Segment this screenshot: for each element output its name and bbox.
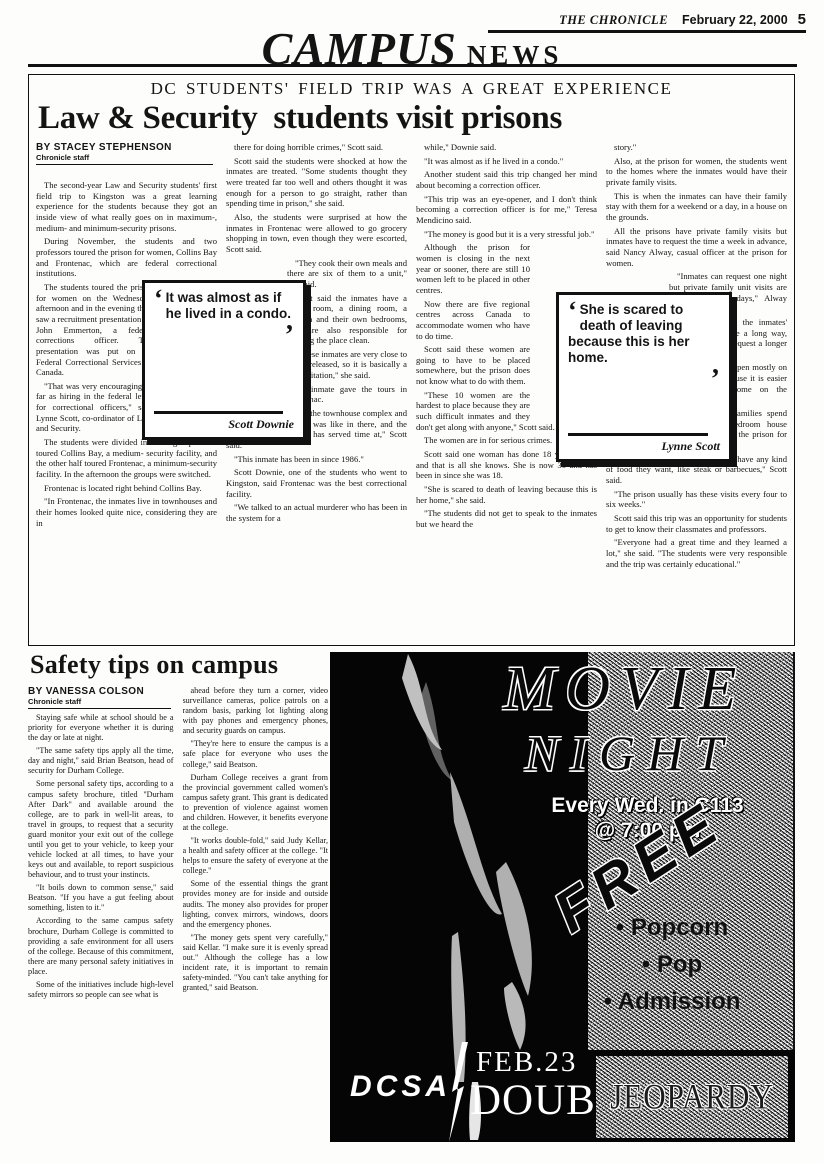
newspaper-page: THE CHRONICLEFebruary 22, 20005 CAMPUSNE… <box>0 0 824 1164</box>
movie-night-ad: MOVIE NIGHT Every Wed. in C113 @ 7:00 pm… <box>330 652 795 1142</box>
open-quote-mark: ‘ <box>568 302 577 320</box>
paragraph: Also, at the prison for women, the stude… <box>606 156 787 188</box>
paragraph: Another student said this trip changed h… <box>416 169 597 190</box>
pullquote-attribution: Scott Downie <box>154 417 294 432</box>
pullquote-text: ‘She is scared to death of leaving becau… <box>568 302 720 366</box>
paragraph: Scott Downie, one of the students who we… <box>226 467 407 499</box>
paragraph: During November, the students and two pr… <box>36 236 217 279</box>
ad-film-title-jeopardy: JEOPARDY <box>610 1076 774 1117</box>
paragraph: Frontenac is located right behind Collin… <box>36 483 217 494</box>
pullquote-rule <box>154 411 283 415</box>
paragraph: The second-year Law and Security student… <box>36 180 217 233</box>
safety-article-headline: Safety tips on campus <box>30 650 328 680</box>
lightning-bolt-icon <box>446 1042 472 1142</box>
main-article-byline-title: Chronicle staff <box>36 153 213 165</box>
ad-title-movie: MOVIE <box>458 654 792 725</box>
close-quote-mark: ’ <box>154 328 294 345</box>
paragraph: According to the same campus safety broc… <box>28 916 174 976</box>
main-article-headline: Law & Security students visit prisons <box>38 100 787 137</box>
section-banner: CAMPUSNEWS <box>0 22 824 75</box>
paragraph: Some personal safety tips, according to … <box>28 779 174 880</box>
paragraph: Also, the students were surprised at how… <box>226 212 407 255</box>
safety-column-2-paragraphs: ahead before they turn a corner, video s… <box>183 686 329 993</box>
paragraph: Staying safe while at school should be a… <box>28 713 174 743</box>
paragraph: "She is scared to death of leaving becau… <box>416 484 597 505</box>
safety-column-1-paragraphs: Staying safe while at school should be a… <box>28 713 174 1000</box>
paragraph: "The same safety tips apply all the time… <box>28 746 174 776</box>
paragraph: "The money gets spent very carefully," s… <box>183 933 329 993</box>
paragraph: while," Downie said. <box>416 142 597 153</box>
safety-article-byline: BY VANESSA COLSON <box>28 686 174 697</box>
safety-article-byline-title: Chronicle staff <box>28 697 171 709</box>
safety-article-body: BY VANESSA COLSON Chronicle staff Stayin… <box>28 686 328 1160</box>
paragraph: "We talked to an actual murderer who has… <box>226 502 407 523</box>
pullquote-rule <box>568 433 708 437</box>
ad-organization-logo: DCSA <box>350 1070 451 1104</box>
pullquote-attribution: Lynne Scott <box>568 439 720 454</box>
paragraph: "It works double-fold," said Judy Kellar… <box>183 836 329 876</box>
main-article-kicker: DC STUDENTS' FIELD TRIP WAS A GREAT EXPE… <box>36 79 787 99</box>
paragraph: Some of the initiatives include high-lev… <box>28 980 174 1000</box>
paragraph: "Everyone had a great time and they lear… <box>606 537 787 569</box>
static-texture: JEOPARDY <box>596 1056 788 1138</box>
ad-schedule-line-1: Every Wed. in C113 <box>500 794 795 818</box>
paragraph: Durham College receives a grant from the… <box>183 773 329 833</box>
open-quote-mark: ‘ <box>154 290 163 308</box>
paragraph: "It was almost as if he lived in a condo… <box>416 156 597 167</box>
paragraph: "The money is good but it is a very stre… <box>416 229 597 240</box>
safety-column-2: ahead before they turn a corner, video s… <box>183 686 329 1160</box>
section-banner-rule <box>28 64 797 67</box>
paragraph: "This inmate has been in since 1986." <box>226 454 407 465</box>
pullquote-lynne-scott: ‘She is scared to death of leaving becau… <box>556 292 732 462</box>
paragraph: Although the prison for women is closing… <box>416 242 597 295</box>
pullquote-scott-downie: ‘It was almost as if he lived in a condo… <box>142 280 306 440</box>
paragraph: Some of the essential things the grant p… <box>183 879 329 929</box>
ad-event-date: FEB.23 <box>476 1046 577 1079</box>
paragraph: Scott said the students were shocked at … <box>226 156 407 209</box>
safety-article: Safety tips on campus BY VANESSA COLSON … <box>28 650 328 1160</box>
main-article-box: DC STUDENTS' FIELD TRIP WAS A GREAT EXPE… <box>28 74 795 646</box>
pullquote-text: ‘It was almost as if he lived in a condo… <box>154 290 294 322</box>
paragraph: All the prisons have private family visi… <box>606 226 787 269</box>
safety-column-1: BY VANESSA COLSON Chronicle staff Stayin… <box>28 686 174 1160</box>
ad-title-night: NIGHT <box>480 724 780 782</box>
paragraph: • Popcorn <box>572 914 772 942</box>
paragraph: ahead before they turn a corner, video s… <box>183 686 329 736</box>
paragraph: there for doing horrible crimes," Scott … <box>226 142 407 153</box>
close-quote-mark: ’ <box>568 372 720 389</box>
main-article-byline: BY STACEY STEPHENSON <box>36 142 217 153</box>
paragraph: • Admission <box>572 988 772 1016</box>
paragraph: "It boils down to common sense," said Be… <box>28 883 174 913</box>
paragraph: Scott said this trip was an opportunity … <box>606 513 787 534</box>
paragraph: "They're here to ensure the campus is a … <box>183 739 329 769</box>
paragraph: story." <box>606 142 787 153</box>
paragraph: This is when the inmates can have their … <box>606 191 787 223</box>
main-article-body: BY STACEY STEPHENSON Chronicle staff The… <box>36 142 787 630</box>
paragraph: "This trip was an eye-opener, and I don'… <box>416 194 597 226</box>
paragraph: • Pop <box>572 951 772 979</box>
ad-free-items: • Popcorn• Pop• Admission <box>572 914 772 1025</box>
paragraph: "The students did not get to speak to th… <box>416 508 597 529</box>
paragraph: The students were divided into two group… <box>36 437 217 480</box>
paragraph: "The prison usually has these visits eve… <box>606 489 787 510</box>
paragraph: "In Frontenac, the inmates live in townh… <box>36 496 217 528</box>
